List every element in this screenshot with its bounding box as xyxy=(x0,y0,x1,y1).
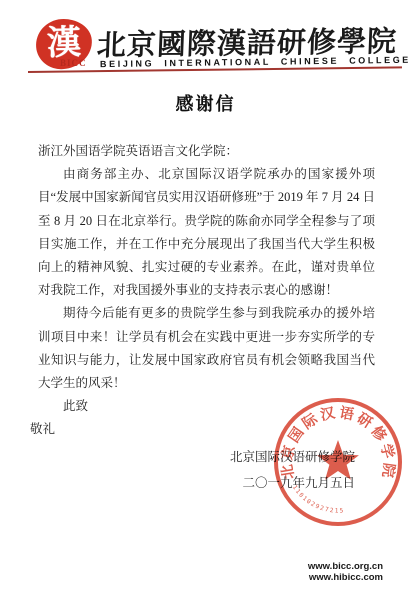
paragraph-2: 期待今后能有更多的贵院学生参与到我院承办的援外培训项目中来！让学员有机会在实践中… xyxy=(38,302,375,395)
footer-urls: www.bicc.org.cn www.hibicc.com xyxy=(308,561,383,583)
logo-han-character: 漢 xyxy=(46,26,81,61)
paragraph-1: 由商务部主办、北京国际汉语学院承办的国家援外项目“发展中国家新闻官员实用汉语研修… xyxy=(38,163,375,302)
closing-jingli: 敬礼 xyxy=(30,418,375,441)
letter-body: 浙江外国语学院英语语言文化学院： 由商务部主办、北京国际汉语学院承办的国家援外项… xyxy=(38,140,375,442)
signature-date: 二〇一九年九月五日 xyxy=(230,470,355,496)
footer-url-2: www.hibicc.com xyxy=(308,572,383,583)
logo-abbr: BICC xyxy=(60,58,87,68)
footer-url-1: www.bicc.org.cn xyxy=(308,561,383,572)
signature-block: 北京国际汉语研修学院 二〇一九年九月五日 xyxy=(230,444,355,496)
letter-title: 感谢信 xyxy=(0,90,411,116)
salutation: 浙江外国语学院英语语言文化学院： xyxy=(38,140,375,163)
letterhead: 漢 BICC 北京國際漢語研修學院 BEIJING INTERNATIONAL … xyxy=(0,0,411,80)
signature-name: 北京国际汉语研修学院 xyxy=(230,444,355,470)
letter-page: 漢 BICC 北京國際漢語研修學院 BEIJING INTERNATIONAL … xyxy=(0,0,411,614)
closing-cizhi: 此致 xyxy=(38,395,375,418)
